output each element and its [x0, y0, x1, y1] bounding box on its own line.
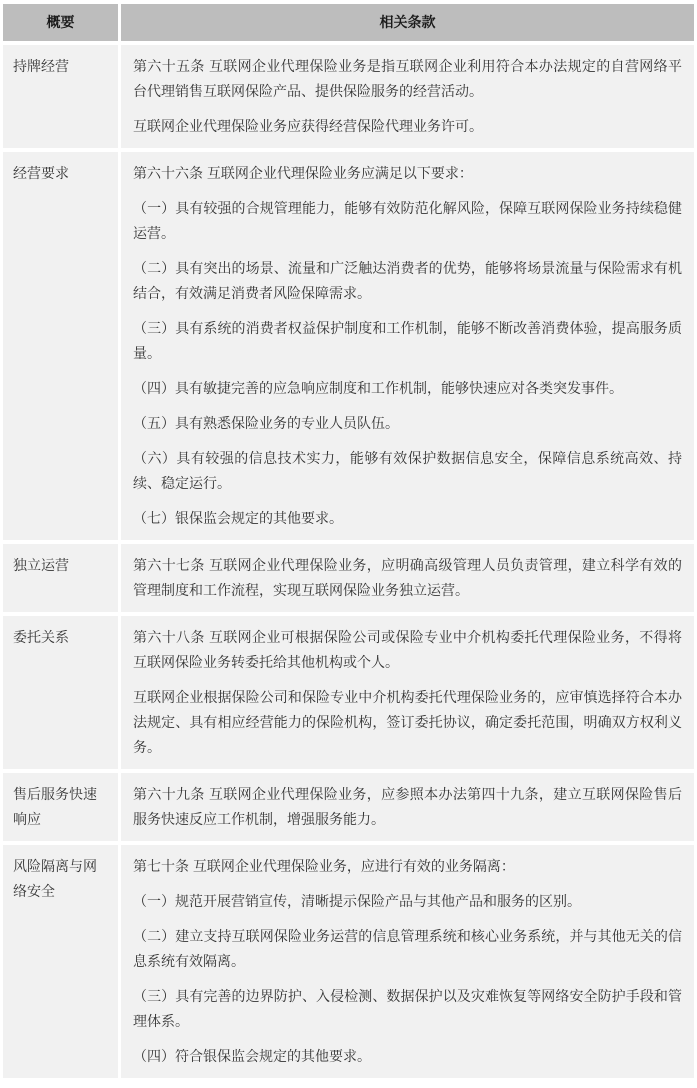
- regulation-table: 概要 相关条款 持牌经营 第六十五条 互联网企业代理保险业务是指互联网企业利用符…: [0, 0, 697, 1082]
- clause-paragraph: （三）具有系统的消费者权益保护制度和工作机制，能够不断改善消费体验，提高服务质量…: [133, 316, 682, 366]
- header-clauses: 相关条款: [121, 4, 694, 41]
- row-label: 风险隔离与网络安全: [3, 845, 118, 1078]
- clause-paragraph: 第六十九条 互联网企业代理保险业务，应参照本办法第四十九条，建立互联网保险售后服…: [133, 782, 682, 832]
- row-label: 独立运营: [3, 544, 118, 612]
- clause-paragraph: （三）具有完善的边界防护、入侵检测、数据保护以及灾难恢复等网络安全防护手段和管理…: [133, 984, 682, 1034]
- row-label: 委托关系: [3, 616, 118, 769]
- row-label: 持牌经营: [3, 45, 118, 148]
- row-clauses: 第六十九条 互联网企业代理保险业务，应参照本办法第四十九条，建立互联网保险售后服…: [121, 773, 694, 841]
- table-row: 售后服务快速响应 第六十九条 互联网企业代理保险业务，应参照本办法第四十九条，建…: [3, 773, 694, 841]
- row-label: 经营要求: [3, 152, 118, 540]
- table-row: 独立运营 第六十七条 互联网企业代理保险业务，应明确高级管理人员负责管理，建立科…: [3, 544, 694, 612]
- clause-paragraph: 第六十七条 互联网企业代理保险业务，应明确高级管理人员负责管理，建立科学有效的管…: [133, 553, 682, 603]
- clause-paragraph: （四）具有敏捷完善的应急响应制度和工作机制，能够快速应对各类突发事件。: [133, 376, 682, 401]
- clause-paragraph: （五）具有熟悉保险业务的专业人员队伍。: [133, 411, 682, 436]
- clause-paragraph: 第七十条 互联网企业代理保险业务，应进行有效的业务隔离：: [133, 854, 682, 879]
- table-header-row: 概要 相关条款: [3, 4, 694, 41]
- table-row: 经营要求 第六十六条 互联网企业代理保险业务应满足以下要求： （一）具有较强的合…: [3, 152, 694, 540]
- clause-paragraph: （四）符合银保监会规定的其他要求。: [133, 1044, 682, 1069]
- row-clauses: 第六十六条 互联网企业代理保险业务应满足以下要求： （一）具有较强的合规管理能力…: [121, 152, 694, 540]
- clause-paragraph: （一）具有较强的合规管理能力，能够有效防范化解风险，保障互联网保险业务持续稳健运…: [133, 196, 682, 246]
- clause-paragraph: 互联网企业代理保险业务应获得经营保险代理业务许可。: [133, 114, 682, 139]
- row-clauses: 第六十七条 互联网企业代理保险业务，应明确高级管理人员负责管理，建立科学有效的管…: [121, 544, 694, 612]
- row-clauses: 第七十条 互联网企业代理保险业务，应进行有效的业务隔离： （一）规范开展营销宣传…: [121, 845, 694, 1078]
- clause-paragraph: （七）银保监会规定的其他要求。: [133, 506, 682, 531]
- clause-paragraph: 互联网企业根据保险公司和保险专业中介机构委托代理保险业务的，应审慎选择符合本办法…: [133, 685, 682, 760]
- table-row: 委托关系 第六十八条 互联网企业可根据保险公司或保险专业中介机构委托代理保险业务…: [3, 616, 694, 769]
- document-page: 概要 相关条款 持牌经营 第六十五条 互联网企业代理保险业务是指互联网企业利用符…: [0, 0, 697, 1082]
- row-clauses: 第六十五条 互联网企业代理保险业务是指互联网企业利用符合本办法规定的自营网络平台…: [121, 45, 694, 148]
- header-summary: 概要: [3, 4, 118, 41]
- clause-paragraph: （二）建立支持互联网保险业务运营的信息管理系统和核心业务系统，并与其他无关的信息…: [133, 924, 682, 974]
- clause-paragraph: （六）具有较强的信息技术实力，能够有效保护数据信息安全，保障信息系统高效、持续、…: [133, 446, 682, 496]
- table-row: 风险隔离与网络安全 第七十条 互联网企业代理保险业务，应进行有效的业务隔离： （…: [3, 845, 694, 1078]
- row-label: 售后服务快速响应: [3, 773, 118, 841]
- clause-paragraph: （二）具有突出的场景、流量和广泛触达消费者的优势，能够将场景流量与保险需求有机结…: [133, 256, 682, 306]
- table-row: 持牌经营 第六十五条 互联网企业代理保险业务是指互联网企业利用符合本办法规定的自…: [3, 45, 694, 148]
- clause-paragraph: 第六十六条 互联网企业代理保险业务应满足以下要求：: [133, 161, 682, 186]
- clause-paragraph: 第六十五条 互联网企业代理保险业务是指互联网企业利用符合本办法规定的自营网络平台…: [133, 54, 682, 104]
- row-clauses: 第六十八条 互联网企业可根据保险公司或保险专业中介机构委托代理保险业务，不得将互…: [121, 616, 694, 769]
- clause-paragraph: （一）规范开展营销宣传，清晰提示保险产品与其他产品和服务的区别。: [133, 889, 682, 914]
- clause-paragraph: 第六十八条 互联网企业可根据保险公司或保险专业中介机构委托代理保险业务，不得将互…: [133, 625, 682, 675]
